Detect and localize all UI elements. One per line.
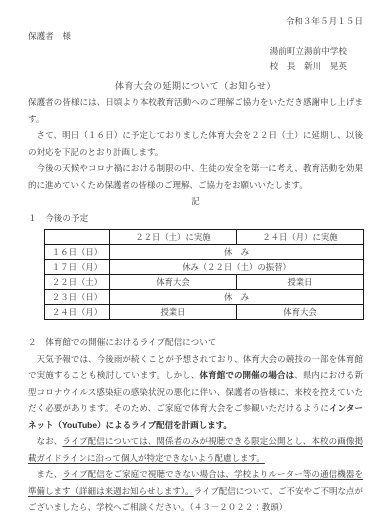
table-row: ２２日（土） 体育大会 授業日	[45, 275, 364, 290]
cell-22-planA: 体育大会	[110, 275, 237, 290]
cell-24-planB: 体育大会	[237, 305, 364, 320]
paragraph-privacy: なお、ライブ配信については、関係者のみが視聴できる限定公開とし、本校の画像掲載ガ…	[28, 433, 363, 466]
merged-cell-holiday-17: 休み（２２日（土）の振替）	[110, 260, 364, 275]
header-cell-mon24: ２４日（月）に実施	[237, 230, 364, 245]
cell-22-planB: 授業日	[237, 275, 364, 290]
document-page: 令和３年５月１５日 保護者 様 湯前町立湯前中学校 校 長 新川 晃英 体育大会…	[0, 0, 391, 520]
table-row: １６日（日） 休 み	[45, 245, 364, 260]
livestream-bold-gym: 体育館での開催の場合は	[200, 370, 295, 380]
paragraph-livestream: 天気予報では、今後雨が続くことが予想されており、体育大会の競技の一部を体育館で実…	[28, 351, 363, 434]
school-name: 湯前町立湯前中学校	[28, 44, 347, 59]
ki-marker: 記	[28, 193, 363, 210]
privacy-lead: なお、	[37, 436, 63, 446]
section1-heading: １ 今後の予定	[28, 210, 363, 227]
header-cell-empty	[45, 230, 110, 245]
cell-24-planA: 授業日	[110, 305, 237, 320]
table-row: ２４日（月） 授業日 体育大会	[45, 305, 364, 320]
header-cell-sat22: ２２日（土）に実施	[110, 230, 237, 245]
privacy-underlined: ライブ配信については、関係者のみが視聴できる限定公開とし、本校の画像掲載ガイドラ…	[28, 436, 363, 463]
day-cell-16: １６日（日）	[45, 245, 110, 260]
schedule-table: ２２日（土）に実施 ２４日（月）に実施 １６日（日） 休 み １７日（月） 休み…	[44, 229, 364, 320]
recipient-line: 保護者 様	[28, 29, 363, 44]
merged-cell-holiday-16: 休 み	[110, 245, 364, 260]
day-cell-17: １７日（月）	[45, 260, 110, 275]
paragraph-postponement: さて、明日（１６日）に予定しておりました体育大会を２２日（土）に延期し、以後の対…	[28, 127, 363, 160]
paragraph-greeting: 保護者の皆様には、日頃より本校教育活動へのご理解ご協力をいただき感謝申し上げます…	[28, 94, 363, 127]
table-row: ２３日（日） 休 み	[45, 290, 364, 305]
document-title: 体育大会の延期について（お知らせ）	[28, 78, 363, 94]
paragraph-request: 今後の天候やコロナ禍における制限の中、生徒の安全を第一に考え、教育活動を効果的に…	[28, 160, 363, 193]
table-row: １７日（月） 休み（２２日（土）の振替）	[45, 260, 364, 275]
router-lead: また、	[37, 469, 63, 479]
day-cell-23: ２３日（日）	[45, 290, 110, 305]
table-header-row: ２２日（土）に実施 ２４日（月）に実施	[45, 230, 364, 245]
section2-heading: ２ 体育館での開催におけるライブ配信について	[28, 334, 363, 351]
paragraph-router: また、ライブ配信をご家庭で視聴できない場合は、学校よりルーター等の通信機器を準備…	[28, 466, 363, 516]
document-date: 令和３年５月１５日	[28, 14, 363, 29]
merged-cell-holiday-23: 休 み	[110, 290, 364, 305]
day-cell-22: ２２日（土）	[45, 275, 110, 290]
day-cell-24: ２４日（月）	[45, 305, 110, 320]
principal-name: 校 長 新川 晃英	[28, 59, 347, 74]
